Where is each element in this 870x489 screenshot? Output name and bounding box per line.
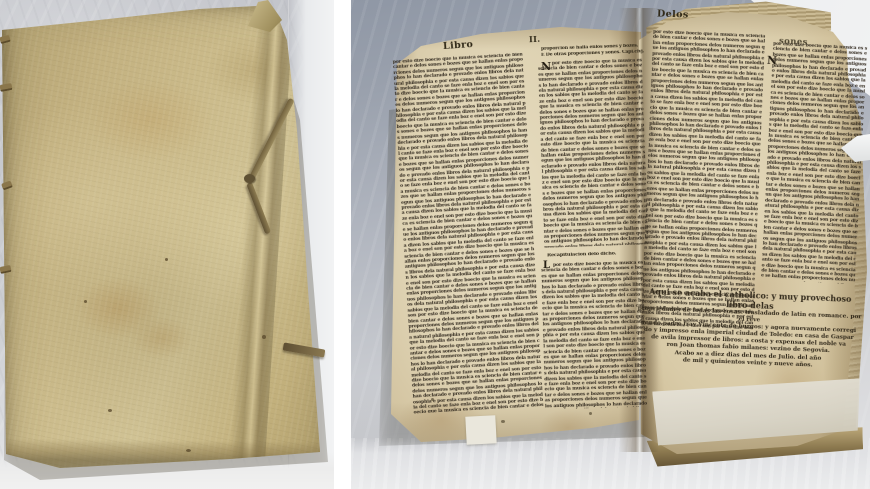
ink-speck xyxy=(262,335,266,339)
running-header-delos: Delos xyxy=(657,8,689,20)
page-speck xyxy=(501,420,505,423)
photo-parchment-cover xyxy=(0,0,334,489)
leather-tie-loop-tip xyxy=(244,174,255,183)
ink-speck xyxy=(165,258,168,261)
left-page-column-2-lower: por esto dize boecio que la musica es sc… xyxy=(541,261,647,410)
ink-speck xyxy=(108,409,112,412)
right-page-column-1: por esto dize boecio que la musica es sc… xyxy=(641,30,765,330)
colophon-block: Aqui se acaba el catholico: y muy provec… xyxy=(636,286,863,371)
page-speck xyxy=(431,398,434,401)
running-header-libro: Libro xyxy=(443,39,474,52)
left-page-column-2-upper: por esto dize boecio que la musica es sc… xyxy=(538,58,648,248)
right-page-column-2: por esto dize boecio que la musica es sc… xyxy=(761,42,867,285)
photo-open-book: Libro II. Delos sones por esto dize boec… xyxy=(351,0,870,489)
ink-speck xyxy=(186,449,191,452)
folio-numeral: II. xyxy=(529,34,541,44)
page-speck xyxy=(589,412,592,415)
two-photo-composite: Libro II. Delos sones por esto dize boec… xyxy=(0,0,870,489)
paper-patch-label xyxy=(465,415,496,445)
parchment-cover xyxy=(0,0,334,489)
left-page-column-1: por esto dize boecio que la musica es sc… xyxy=(393,52,544,413)
ink-speck xyxy=(84,300,87,303)
